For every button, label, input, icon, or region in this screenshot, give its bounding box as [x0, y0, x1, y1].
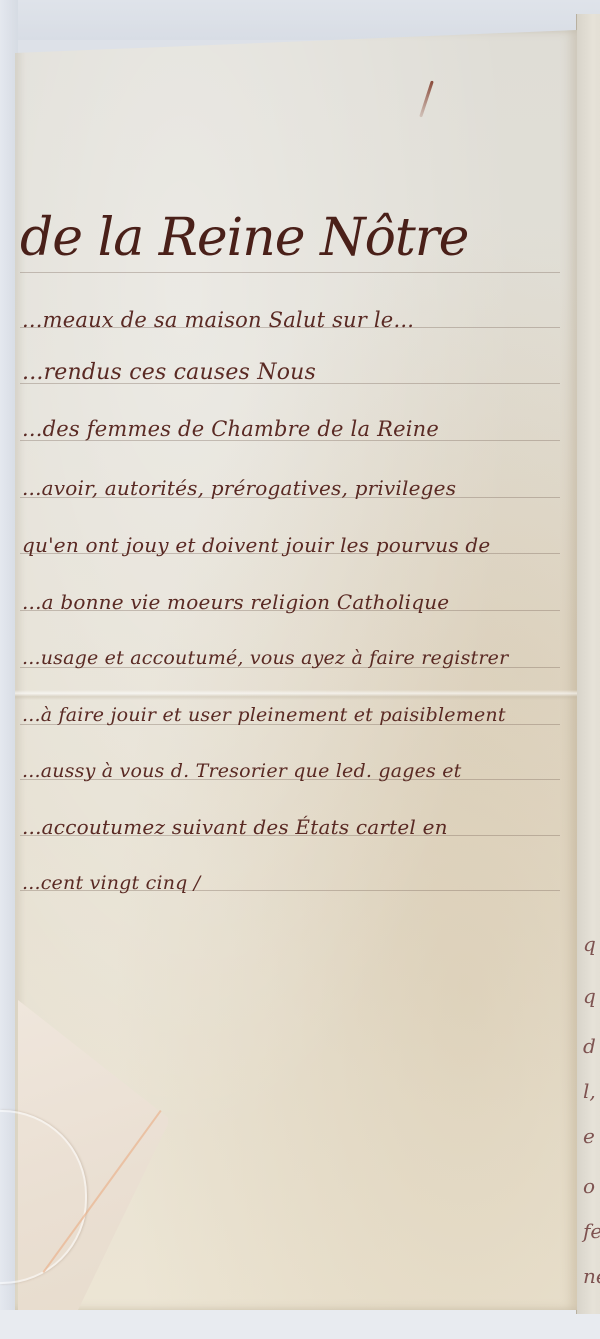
background-bottom	[0, 1310, 600, 1339]
manuscript-line-11: ...cent vingt cinq /	[22, 872, 200, 894]
margin-fragment: o	[583, 1174, 595, 1198]
document-heading: de la Reine Nôtre	[20, 208, 468, 268]
manuscript-line-1: ...meaux de sa maison Salut sur le...	[22, 308, 414, 332]
manuscript-line-10: ...accoutumez suivant des États cartel e…	[22, 815, 448, 839]
manuscript-line-9: ...aussy à vous d. Tresorier que led. ga…	[22, 760, 462, 782]
margin-fragment: l,	[583, 1079, 596, 1103]
manuscript-line-2: ...rendus ces causes Nous	[22, 360, 316, 385]
margin-fragment: q	[583, 984, 596, 1008]
manuscript-line-6: ...a bonne vie moeurs religion Catholiqu…	[22, 590, 449, 614]
margin-fragment: ne	[583, 1264, 600, 1288]
manuscript-line-4: ...avoir, autorités, prérogatives, privi…	[22, 476, 456, 500]
margin-fragment: fe	[583, 1219, 600, 1243]
paper-fold-crease	[15, 690, 577, 700]
manuscript-line-7: ...usage et accoutumé, vous ayez à faire…	[22, 647, 508, 669]
margin-fragment: e	[583, 1124, 595, 1148]
margin-fragment: d	[583, 1034, 596, 1058]
second-sheet-edge: q q d l, e o fe ne	[576, 14, 600, 1314]
manuscript-line-3: ...des femmes de Chambre de la Reine	[22, 417, 439, 441]
ruled-line	[20, 272, 560, 273]
margin-fragment: q	[583, 932, 596, 956]
manuscript-line-8: ...à faire jouir et user pleinement et p…	[22, 704, 506, 726]
manuscript-line-5: qu'en ont jouy et doivent jouir les pour…	[22, 533, 490, 557]
